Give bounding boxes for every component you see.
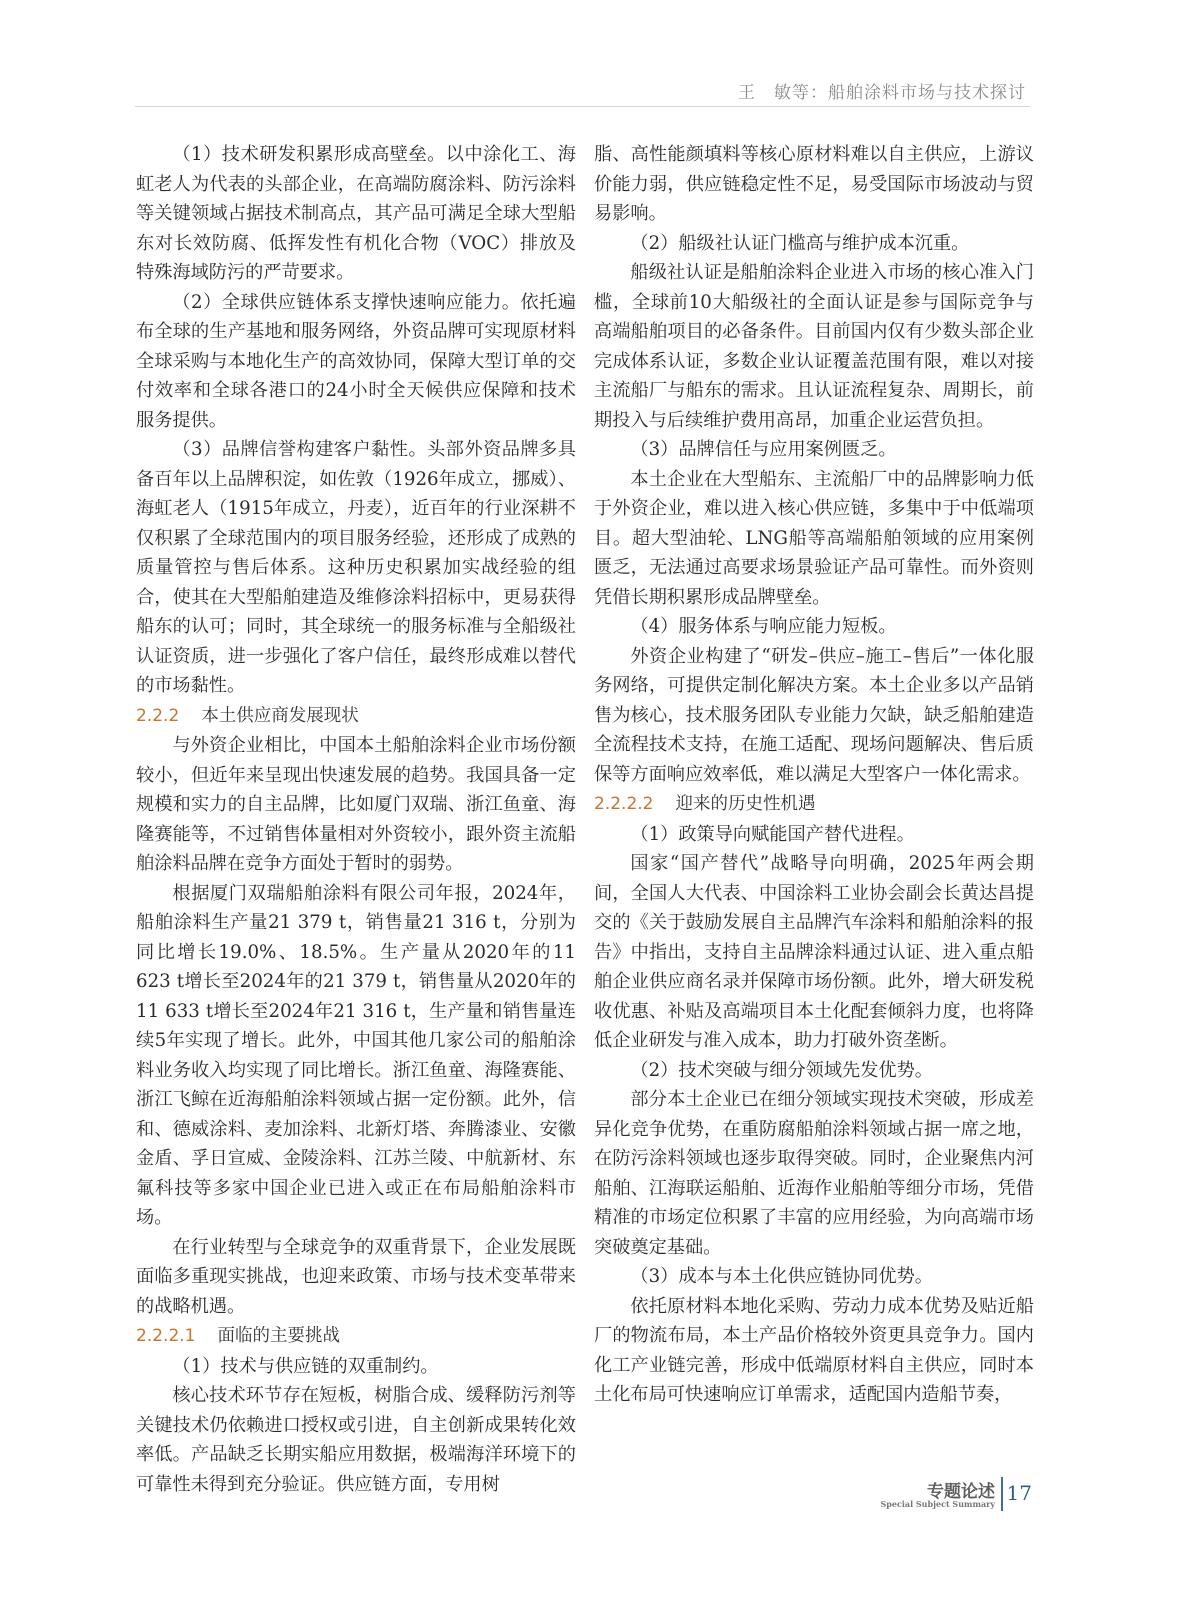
paragraph: （1）政策导向赋能国产替代进程。 bbox=[594, 820, 1034, 850]
section-number: 2.2.2.2 bbox=[594, 794, 653, 814]
page-number: 17 bbox=[1007, 1481, 1032, 1505]
paragraph: （3）成本与本土化供应链协同优势。 bbox=[594, 1262, 1034, 1292]
section-heading: 2.2.2.1面临的主要挑战 bbox=[136, 1321, 576, 1352]
paragraph: （2）技术突破与细分领域先发优势。 bbox=[594, 1056, 1034, 1086]
running-title: 王 敏等：船舶涂料市场与技术探讨 bbox=[738, 78, 1030, 103]
paragraph: 在行业转型与全球竞争的双重背景下，企业发展既面临多重现实挑战，也迎来政策、市场与… bbox=[136, 1233, 576, 1322]
section-heading: 2.2.2本土供应商发展现状 bbox=[136, 701, 576, 732]
paragraph: （1）技术与供应链的双重制约。 bbox=[136, 1352, 576, 1382]
page-footer: 专题论述 Special Subject Summary 17 bbox=[880, 1477, 1040, 1527]
section-heading: 2.2.2.2迎来的历史性机遇 bbox=[594, 789, 1034, 820]
paragraph: 与外资企业相比，中国本土船舶涂料企业市场份额较小，但近年来呈现出快速发展的趋势。… bbox=[136, 731, 576, 879]
paragraph: 部分本土企业已在细分领域实现技术突破，形成差异化竞争优势，在重防腐船舶涂料领域占… bbox=[594, 1085, 1034, 1262]
paragraph: （1）技术研发积累形成高壁垒。以中涂化工、海虹老人为代表的头部企业，在高端防腐涂… bbox=[136, 140, 576, 288]
running-head: 王 敏等：船舶涂料市场与技术探讨 bbox=[135, 78, 1030, 107]
section-title: 迎来的历史性机遇 bbox=[675, 794, 815, 814]
section-title: 面临的主要挑战 bbox=[217, 1326, 340, 1346]
paragraph: （2）船级社认证门槛高与维护成本沉重。 bbox=[594, 229, 1034, 259]
paragraph: 国家“国产替代”战略导向明确，2025年两会期间，全国人大代表、中国涂料工业协会… bbox=[594, 849, 1034, 1056]
paragraph: 外资企业构建了“研发–供应–施工–售后”一体化服务网络，可提供定制化解决方案。本… bbox=[594, 642, 1034, 790]
section-number: 2.2.2 bbox=[136, 706, 179, 726]
footer-divider bbox=[1001, 1477, 1003, 1511]
paragraph: （3）品牌信任与应用案例匮乏。 bbox=[594, 435, 1034, 465]
paragraph: 船级社认证是船舶涂料企业进入市场的核心准入门槛，全球前10大船级社的全面认证是参… bbox=[594, 258, 1034, 435]
section-number: 2.2.2.1 bbox=[136, 1326, 195, 1346]
section-label-en: Special Subject Summary bbox=[881, 1499, 995, 1509]
paragraph: （3）品牌信誉构建客户黏性。头部外资品牌多具备百年以上品牌积淀，如佐敦（1926… bbox=[136, 435, 576, 701]
paragraph-continued: 脂、高性能颜填料等核心原材料难以自主供应，上游议价能力弱，供应链稳定性不足，易受… bbox=[594, 140, 1034, 229]
section-title: 本土供应商发展现状 bbox=[201, 706, 359, 726]
paragraph: 依托原材料本地化采购、劳动力成本优势及贴近船厂的物流布局，本土产品价格较外资更具… bbox=[594, 1292, 1034, 1410]
paragraph: 根据厦门双瑞船舶涂料有限公司年报，2024年，船舶涂料生产量21 379 t，销… bbox=[136, 879, 576, 1233]
right-column: 脂、高性能颜填料等核心原材料难以自主供应，上游议价能力弱，供应链稳定性不足，易受… bbox=[594, 140, 1034, 1410]
paragraph: （2）全球供应链体系支撑快速响应能力。依托遍布全球的生产基地和服务网络，外资品牌… bbox=[136, 288, 576, 436]
paragraph: 本土企业在大型船东、主流船厂中的品牌影响力低于外资企业，难以进入核心供应链，多集… bbox=[594, 465, 1034, 613]
left-column: （1）技术研发积累形成高壁垒。以中涂化工、海虹老人为代表的头部企业，在高端防腐涂… bbox=[136, 140, 576, 1499]
paragraph: （4）服务体系与响应能力短板。 bbox=[594, 612, 1034, 642]
paragraph: 核心技术环节存在短板，树脂合成、缓释防污剂等关键技术仍依赖进口授权或引进，自主创… bbox=[136, 1381, 576, 1499]
